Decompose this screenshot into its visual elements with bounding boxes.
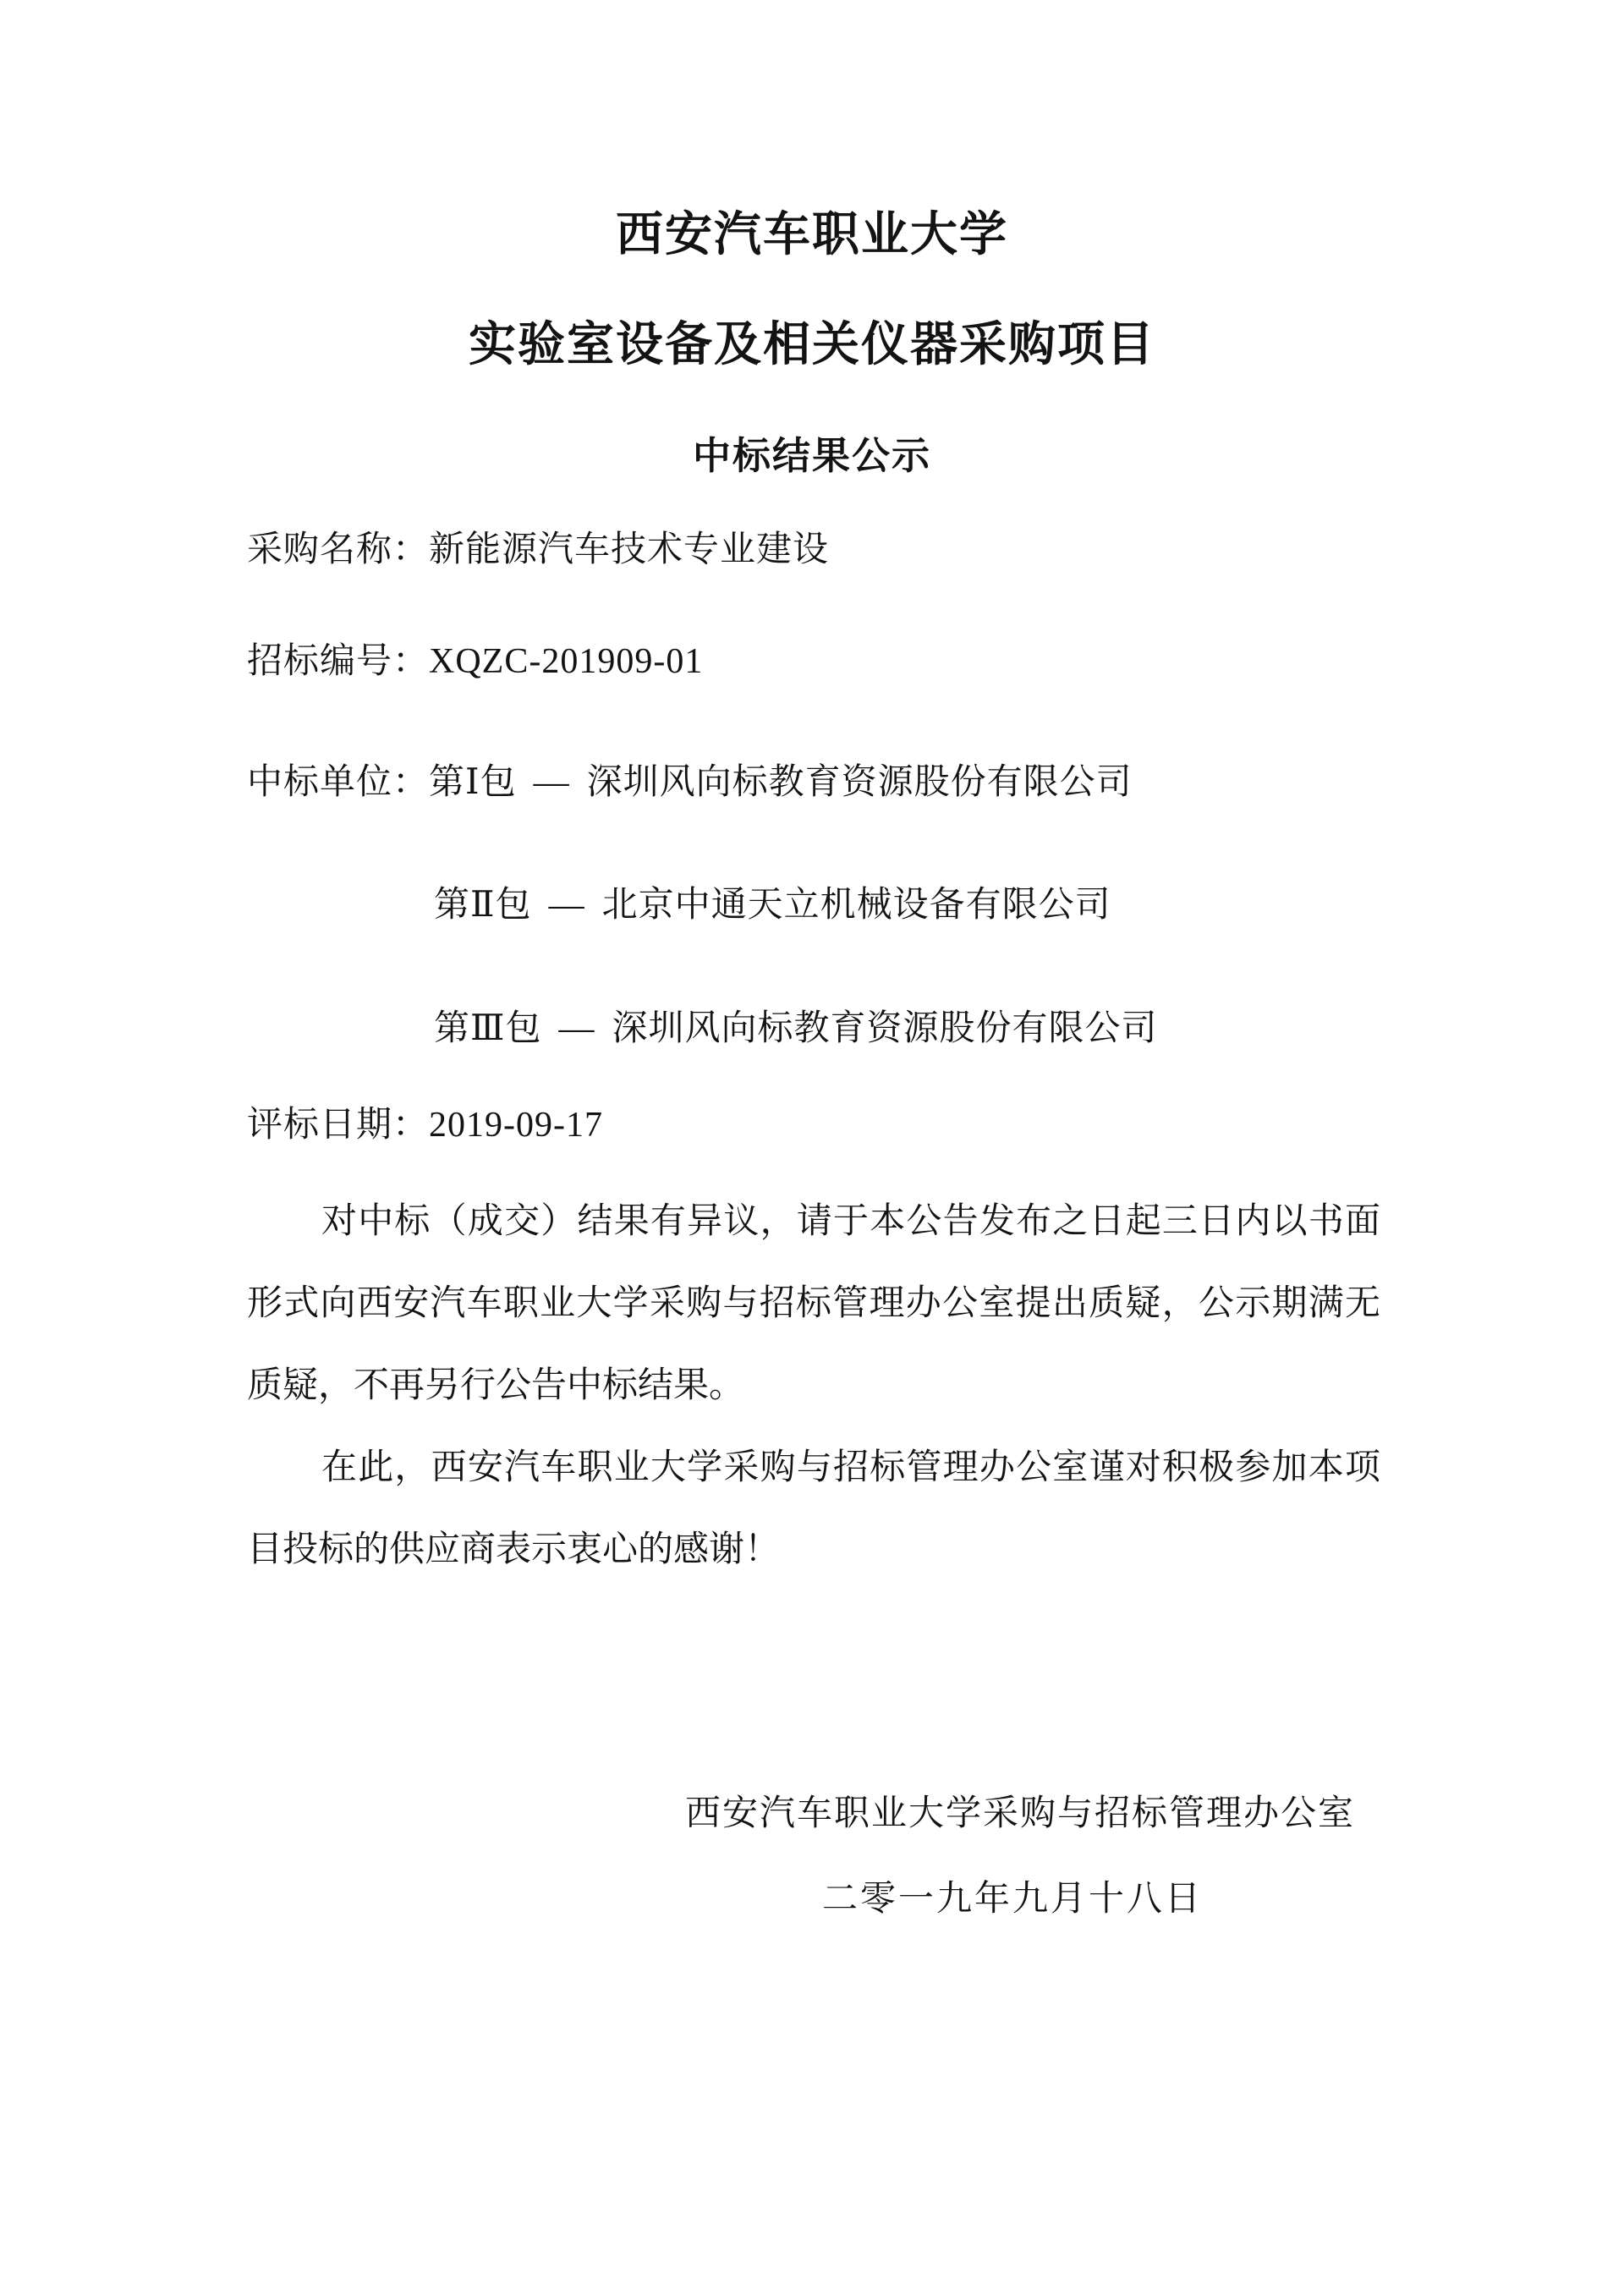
winning-bidder-row-package-1: 中标单位：第Ⅰ包—深圳风向标教育资源股份有限公司 <box>247 762 1624 803</box>
signature-date: 二零一九年九月十八日 <box>822 1870 1203 1921</box>
procurement-name-value: 新能源汽车技术专业建设 <box>429 530 829 569</box>
document-subtitle: 实验室设备及相关仪器采购项目 <box>0 318 1624 372</box>
package-1-company: 深圳风向标教育资源股份有限公司 <box>587 763 1133 802</box>
procurement-name-label: 采购名称： <box>247 530 429 569</box>
package-1-name: 第Ⅰ包 <box>429 763 517 802</box>
package-2-name: 第Ⅱ包 <box>434 886 532 925</box>
announcement-page: 西安汽车职业大学 实验室设备及相关仪器采购项目 中标结果公示 采购名称：新能源汽… <box>0 0 1624 2296</box>
paragraph-thanks: 在此，西安汽车职业大学采购与招标管理办公室谨对积极参加本项目投标的供应商表示衷心… <box>247 1427 1380 1591</box>
document-title: 西安汽车职业大学 <box>0 208 1624 262</box>
package-2-dash: — <box>549 885 585 926</box>
field-tender-number: 招标编号：XQZC-201909-01 <box>247 641 1624 682</box>
body-paragraphs: 对中标（成交）结果有异议，请于本公告发布之日起三日内以书面形式向西安汽车职业大学… <box>247 1181 1380 1591</box>
section-heading-bid-result: 中标结果公示 <box>0 435 1624 479</box>
field-evaluation-date: 评标日期：2019-09-17 <box>247 1105 1624 1145</box>
package-3-company: 深圳风向标教育资源股份有限公司 <box>612 1009 1158 1048</box>
field-procurement-name: 采购名称：新能源汽车技术专业建设 <box>247 530 1624 570</box>
winning-bidder-row-package-3: 第Ⅲ包—深圳风向标教育资源股份有限公司 <box>434 1008 1624 1049</box>
tender-number-label: 招标编号： <box>247 642 429 681</box>
winning-bidders-label: 中标单位： <box>247 763 429 802</box>
package-2-company: 北京中通天立机械设备有限公司 <box>602 886 1111 925</box>
evaluation-date-label: 评标日期： <box>247 1106 429 1145</box>
package-3-dash: — <box>559 1008 595 1049</box>
tender-number-value: XQZC-201909-01 <box>429 642 703 681</box>
signature-office: 西安汽车职业大学采购与招标管理办公室 <box>685 1785 1355 1836</box>
paragraph-objection: 对中标（成交）结果有异议，请于本公告发布之日起三日内以书面形式向西安汽车职业大学… <box>247 1181 1380 1427</box>
package-3-name: 第Ⅲ包 <box>434 1009 542 1048</box>
evaluation-date-value: 2019-09-17 <box>429 1106 603 1145</box>
winning-bidder-row-package-2: 第Ⅱ包—北京中通天立机械设备有限公司 <box>434 885 1624 926</box>
package-1-dash: — <box>534 762 570 803</box>
